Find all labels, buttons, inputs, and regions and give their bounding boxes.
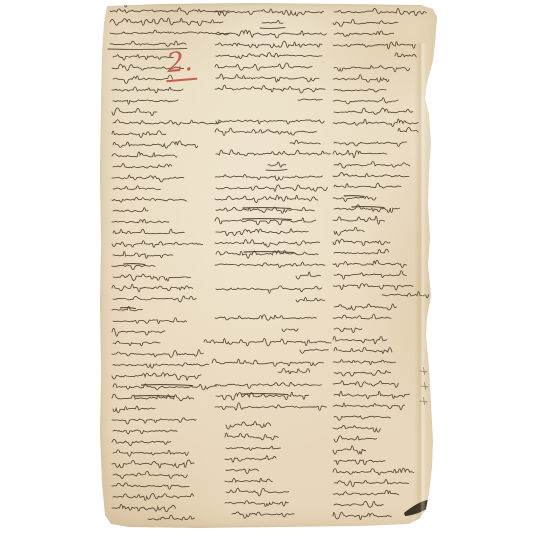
handwriting-line bbox=[112, 284, 193, 292]
handwriting-line bbox=[334, 227, 364, 235]
handwriting-line bbox=[112, 152, 177, 157]
handwriting-line bbox=[334, 436, 377, 442]
handwriting-line bbox=[225, 478, 272, 482]
handwriting-line bbox=[113, 363, 209, 368]
handwriting-line bbox=[216, 30, 326, 38]
handwriting-line bbox=[112, 439, 171, 445]
handwriting-line bbox=[334, 162, 410, 168]
handwriting-line bbox=[112, 504, 176, 511]
handwriting-line bbox=[296, 297, 325, 301]
handwriting-line bbox=[333, 42, 415, 49]
underline-stroke bbox=[266, 169, 287, 170]
handwriting-line bbox=[226, 469, 259, 473]
ink-blot bbox=[404, 500, 429, 516]
handwriting-line bbox=[395, 53, 416, 57]
handwriting-line bbox=[262, 20, 283, 23]
handwriting-line bbox=[334, 416, 390, 420]
handwriting-line bbox=[333, 119, 418, 127]
handwriting-line bbox=[334, 370, 391, 376]
handwriting-line bbox=[226, 422, 271, 430]
handwriting-line bbox=[215, 403, 327, 411]
handwriting-line bbox=[333, 490, 399, 495]
handwriting-line bbox=[216, 286, 322, 293]
handwriting-line bbox=[215, 41, 322, 48]
handwriting-line bbox=[333, 403, 405, 410]
handwriting-line bbox=[382, 292, 429, 298]
manuscript-page: 2. bbox=[99, 3, 439, 529]
handwriting-line bbox=[334, 183, 401, 188]
handwriting-line bbox=[112, 131, 166, 138]
handwriting-line bbox=[113, 318, 187, 324]
header-line bbox=[110, 8, 229, 15]
handwriting-line bbox=[216, 120, 324, 124]
handwriting-line bbox=[215, 195, 318, 202]
header-line bbox=[110, 41, 186, 46]
handwriting-layer bbox=[0, 0, 540, 540]
handwriting-line bbox=[296, 272, 321, 279]
handwriting-line bbox=[268, 162, 286, 167]
handwriting-line bbox=[112, 483, 189, 489]
handwriting-line bbox=[112, 350, 203, 358]
handwriting-line bbox=[113, 164, 172, 169]
strikethrough-stroke bbox=[242, 394, 288, 395]
handwriting-line bbox=[112, 175, 184, 182]
handwriting-line bbox=[225, 433, 278, 440]
handwriting-line bbox=[333, 216, 385, 224]
handwriting-line bbox=[215, 9, 324, 16]
handwriting-line bbox=[216, 229, 308, 236]
handwriting-line bbox=[215, 315, 317, 321]
margin-mark bbox=[421, 383, 428, 390]
handwriting-line bbox=[333, 75, 389, 82]
handwriting-line bbox=[113, 75, 173, 83]
handwriting-line bbox=[398, 127, 418, 132]
handwriting-line bbox=[215, 63, 312, 70]
handwriting-line bbox=[333, 314, 391, 319]
handwriting-line bbox=[334, 89, 386, 92]
handwriting-line bbox=[215, 240, 320, 247]
handwriting-line bbox=[113, 100, 178, 104]
strikethrough-stroke bbox=[242, 219, 291, 220]
handwriting-line bbox=[334, 501, 383, 507]
handwriting-line bbox=[334, 328, 362, 333]
margin-mark bbox=[420, 368, 427, 375]
handwriting-line bbox=[333, 360, 396, 365]
header-line bbox=[110, 18, 223, 26]
handwriting-line bbox=[334, 391, 410, 398]
handwriting-line bbox=[333, 150, 387, 157]
handwriting-line bbox=[334, 249, 389, 254]
handwriting-line bbox=[334, 460, 385, 465]
handwriting-line bbox=[216, 185, 327, 191]
handwriting-line bbox=[113, 141, 198, 148]
handwriting-line bbox=[112, 108, 157, 116]
handwriting-line bbox=[334, 304, 396, 310]
handwriting-line bbox=[290, 140, 320, 144]
handwriting-line bbox=[215, 85, 325, 93]
handwriting-line bbox=[334, 66, 410, 72]
handwriting-line bbox=[215, 382, 321, 388]
photo-background: 2. bbox=[0, 0, 540, 540]
handwriting-line bbox=[333, 260, 407, 267]
folio-number-mark: 2. bbox=[164, 48, 197, 83]
handwriting-line bbox=[333, 425, 380, 432]
handwriting-line bbox=[333, 337, 387, 344]
handwriting-line bbox=[333, 196, 376, 201]
handwriting-line bbox=[113, 274, 191, 281]
handwriting-line bbox=[226, 446, 280, 450]
handwriting-line bbox=[333, 98, 398, 104]
handwriting-line bbox=[112, 197, 187, 202]
strikethrough-stroke bbox=[352, 207, 384, 208]
handwriting-line bbox=[333, 284, 413, 290]
handwriting-line bbox=[298, 99, 322, 100]
handwriting-line bbox=[113, 296, 196, 302]
strikethrough-stroke bbox=[142, 385, 193, 386]
strikethrough-stroke bbox=[244, 252, 294, 253]
strikethrough-stroke bbox=[124, 264, 145, 265]
handwriting-line bbox=[334, 347, 392, 353]
handwriting-line bbox=[112, 373, 201, 380]
handwriting-line bbox=[300, 349, 328, 353]
underline-stroke bbox=[260, 27, 285, 28]
handwriting-line bbox=[112, 265, 155, 270]
handwriting-line bbox=[333, 468, 414, 475]
handwriting-line bbox=[113, 208, 148, 212]
handwriting-line bbox=[113, 450, 188, 456]
strikethrough-stroke bbox=[134, 396, 174, 397]
handwriting-line bbox=[334, 142, 407, 146]
handwriting-line bbox=[333, 446, 366, 454]
handwriting-line bbox=[225, 501, 288, 507]
handwriting-line bbox=[113, 229, 184, 234]
handwriting-line bbox=[334, 31, 394, 37]
handwriting-line bbox=[333, 381, 398, 387]
handwriting-line bbox=[112, 219, 169, 222]
handwriting-line bbox=[225, 456, 276, 462]
handwriting-line bbox=[113, 252, 173, 259]
handwriting-line bbox=[232, 512, 294, 518]
handwriting-line bbox=[113, 186, 160, 190]
handwriting-line bbox=[215, 128, 316, 136]
strikethrough-stroke bbox=[344, 196, 364, 197]
handwriting-line bbox=[333, 172, 409, 177]
margin-mark bbox=[420, 398, 427, 405]
handwriting-line bbox=[112, 418, 196, 424]
handwriting-line bbox=[334, 205, 400, 213]
header-line bbox=[108, 1, 127, 7]
header-line bbox=[110, 30, 229, 34]
handwriting-line bbox=[113, 430, 177, 434]
handwriting-line bbox=[216, 74, 319, 82]
handwriting-line bbox=[113, 406, 155, 413]
handwriting-line bbox=[113, 341, 160, 346]
handwriting-line bbox=[333, 19, 398, 26]
handwriting-line bbox=[215, 262, 325, 267]
handwriting-line bbox=[226, 488, 289, 496]
handwriting-line bbox=[113, 471, 187, 478]
handwriting-line bbox=[334, 108, 413, 114]
handwriting-line bbox=[216, 53, 322, 59]
handwriting-line bbox=[333, 239, 390, 245]
handwriting-line bbox=[334, 271, 406, 280]
handwriting-line bbox=[216, 150, 330, 156]
handwriting-line bbox=[282, 329, 298, 332]
handwriting-line bbox=[113, 494, 193, 501]
handwriting-line bbox=[215, 175, 322, 181]
handwriting-line bbox=[333, 512, 391, 519]
handwriting-line bbox=[212, 359, 324, 366]
handwriting-line bbox=[112, 87, 183, 93]
handwriting-line bbox=[204, 339, 331, 346]
handwriting-line bbox=[113, 120, 221, 125]
handwriting-line bbox=[112, 328, 165, 336]
handwriting-line bbox=[334, 8, 426, 15]
handwriting-line bbox=[112, 241, 203, 248]
handwriting-line bbox=[148, 515, 194, 520]
handwriting-line bbox=[278, 368, 310, 373]
handwriting-line bbox=[112, 460, 194, 468]
handwriting-line bbox=[334, 480, 409, 487]
